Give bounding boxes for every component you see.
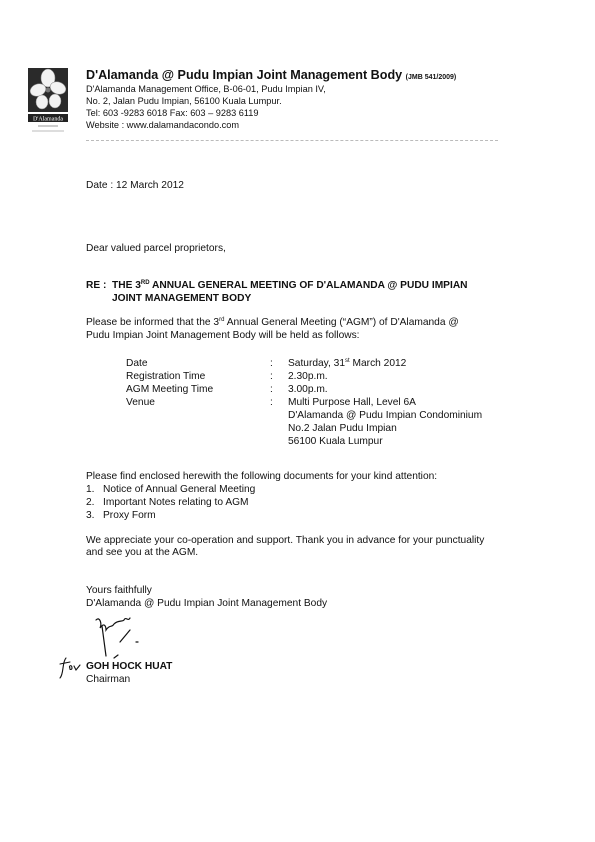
letter-date: Date : 12 March 2012 <box>86 180 184 192</box>
re-subject-line-1: THE 3RD ANNUAL GENERAL MEETING OF D'ALAM… <box>112 280 468 292</box>
closing-line-1: We appreciate your co-operation and supp… <box>86 535 484 547</box>
contact-line: Tel: 603 -9283 6018 Fax: 603 – 9283 6119 <box>86 108 258 119</box>
sign-off-organization: D'Alamanda @ Pudu Impian Joint Managemen… <box>86 598 327 610</box>
sign-off: Yours faithfully <box>86 585 152 597</box>
list-item: 3.Proxy Form <box>86 509 255 522</box>
header-divider <box>86 140 498 142</box>
list-item: 1.Notice of Annual General Meeting <box>86 483 255 496</box>
enclosed-intro: Please find enclosed herewith the follow… <box>86 471 437 483</box>
handwritten-signature-icon <box>90 612 160 664</box>
salutation: Dear valued parcel proprietors, <box>86 243 226 255</box>
address-line-1: D'Alamanda Management Office, B-06-01, P… <box>86 84 326 95</box>
logo: D'Alamanda <box>28 64 68 136</box>
intro-line-1: Please be informed that the 3rd Annual G… <box>86 317 459 329</box>
signatory-title: Chairman <box>86 674 130 686</box>
list-item: 2.Important Notes relating to AGM <box>86 496 255 509</box>
address-line-2: No. 2, Jalan Pudu Impian, 56100 Kuala Lu… <box>86 96 282 107</box>
intro-line-2: Pudu Impian Joint Management Body will b… <box>86 330 360 342</box>
org-name: D'Alamanda @ Pudu Impian Joint Managemen… <box>86 68 456 85</box>
website-line[interactable]: Website : www.dalamandacondo.com <box>86 120 239 131</box>
svg-text:D'Alamanda: D'Alamanda <box>33 117 63 123</box>
signatory-name: GOH HOCK HUAT <box>86 661 172 673</box>
for-mark-icon <box>58 656 86 680</box>
frangipani-flower-logo-icon: D'Alamanda <box>28 64 68 136</box>
re-subject-line-2: JOINT MANAGEMENT BODY <box>112 293 251 305</box>
closing-line-2: and see you at the AGM. <box>86 547 198 559</box>
enclosed-documents-list: 1.Notice of Annual General Meeting 2.Imp… <box>86 483 255 522</box>
registration-number: (JMB 541/2009) <box>406 74 457 81</box>
re-label: RE : <box>86 280 106 292</box>
